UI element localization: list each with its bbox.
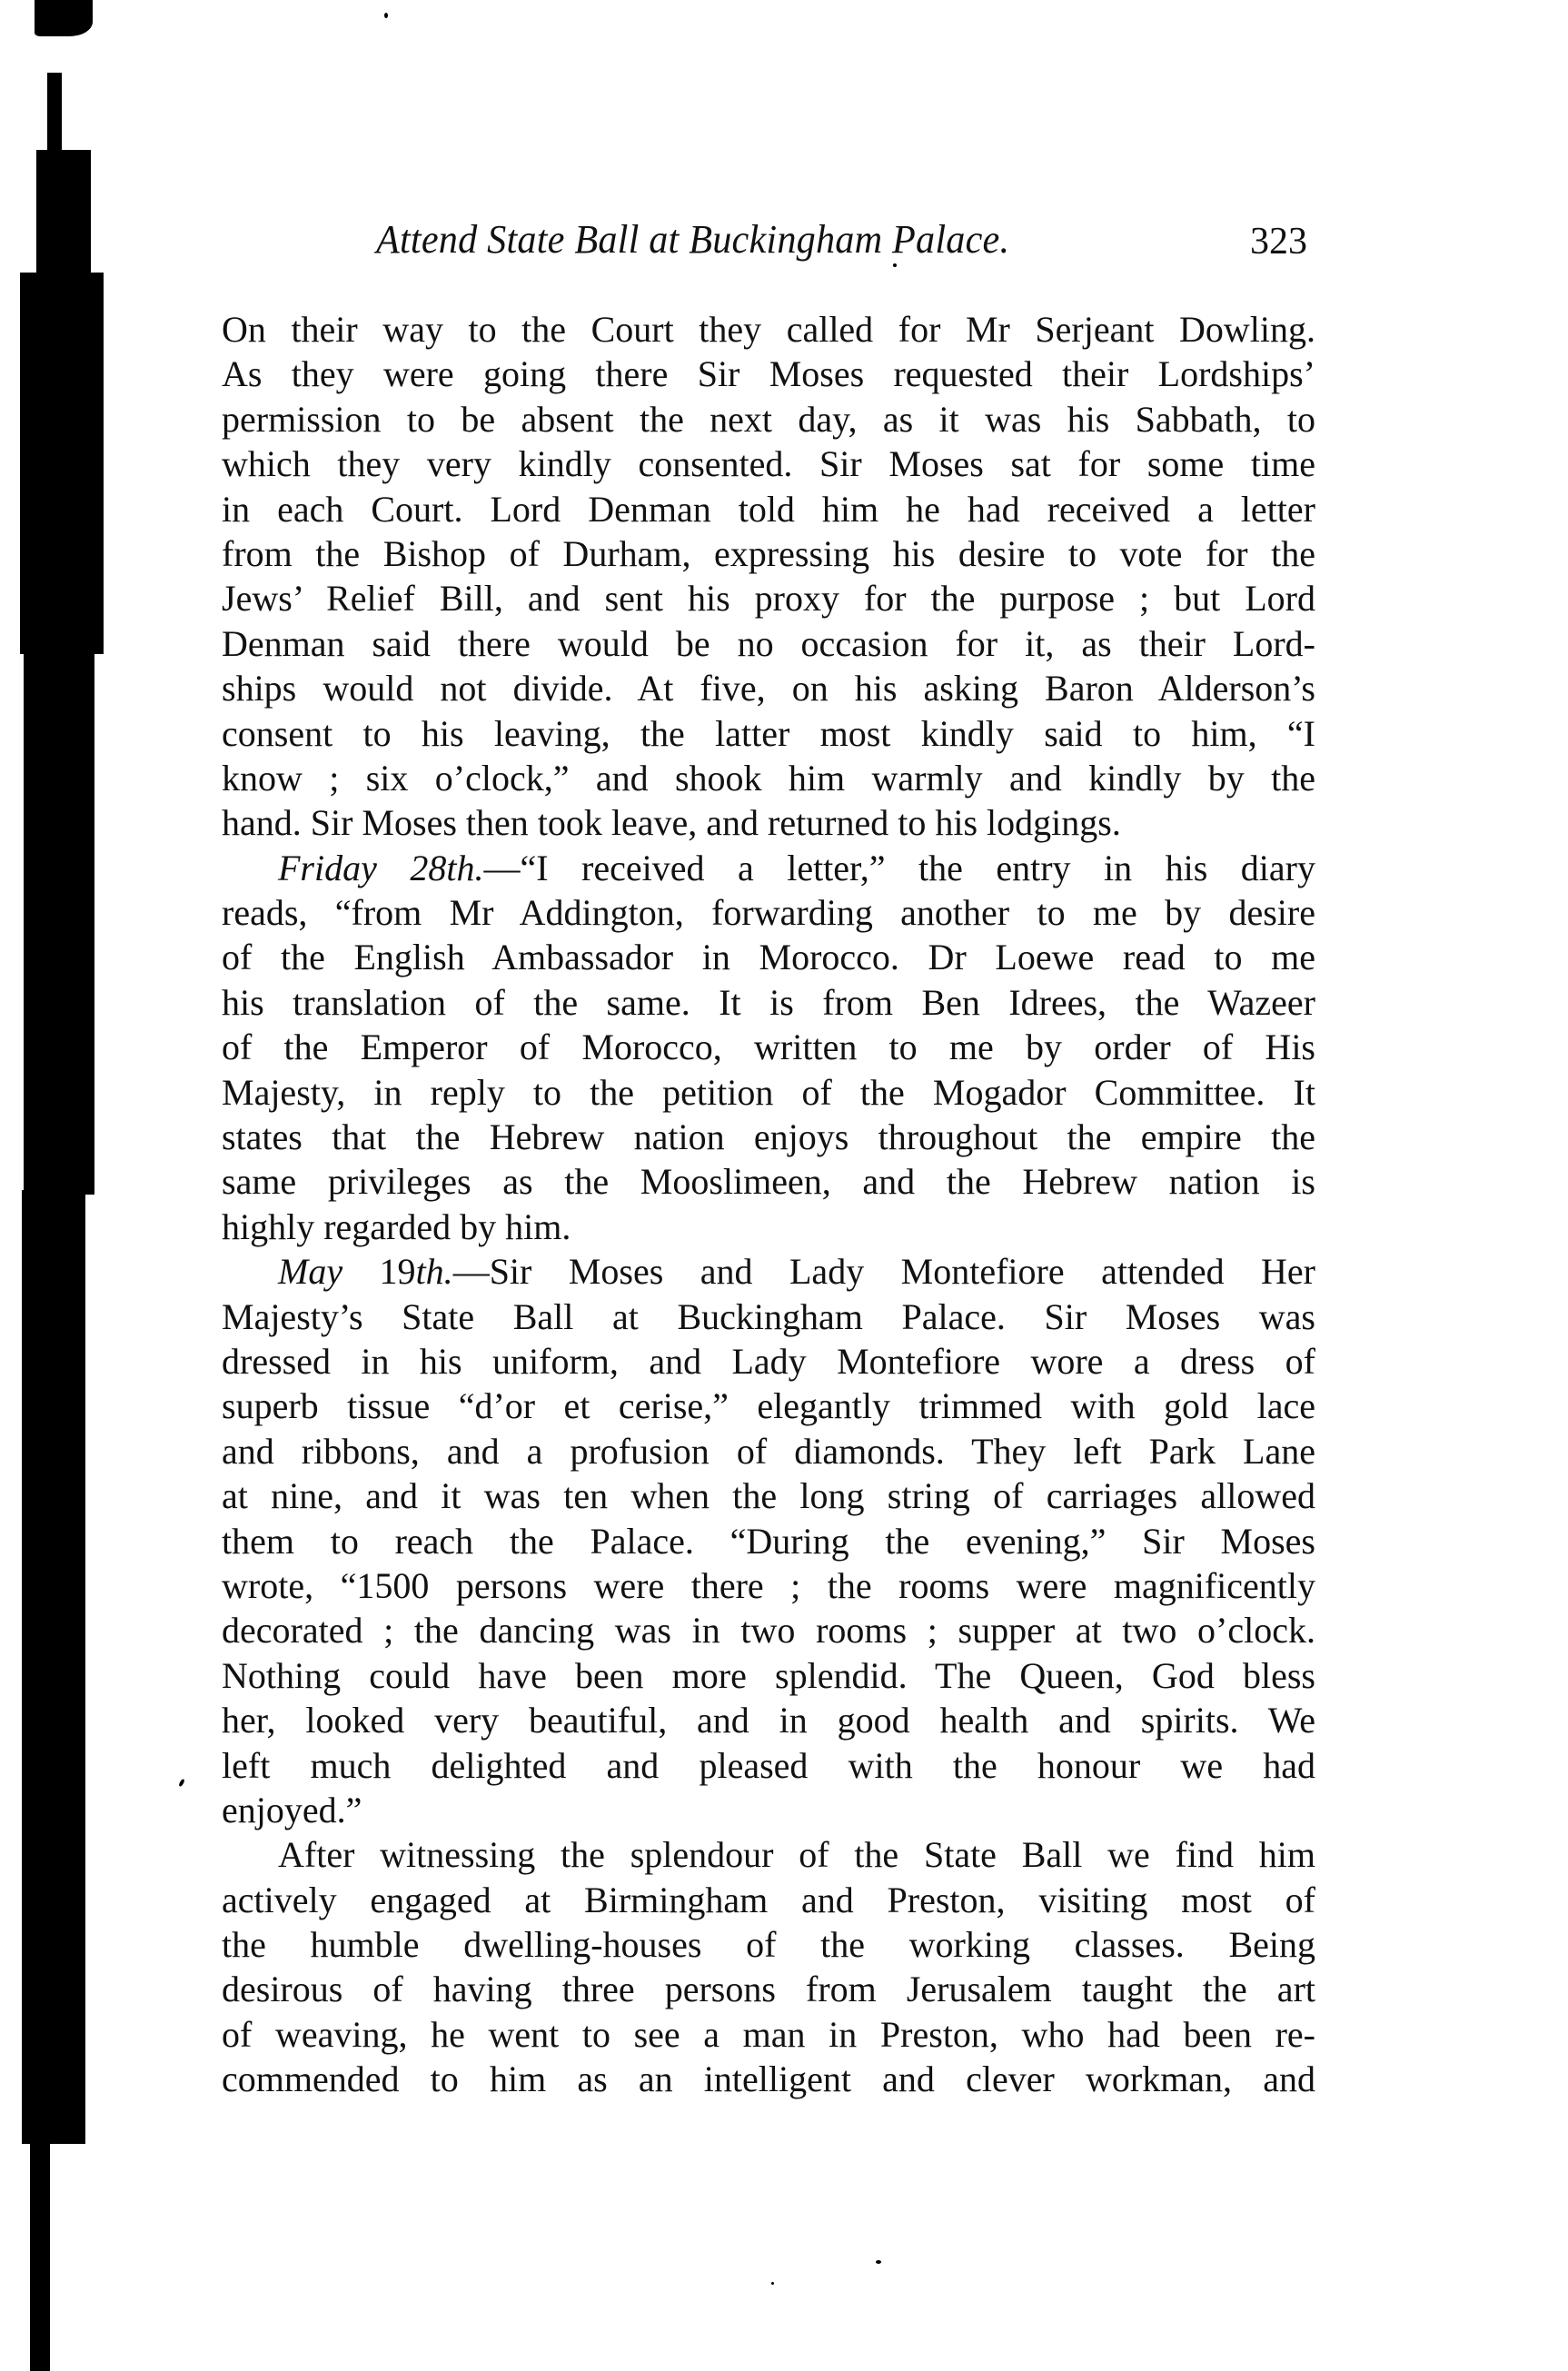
- text-line: highly regarded by him.: [222, 1205, 1315, 1249]
- text-line: Denman said there would be no occasion f…: [222, 621, 1315, 666]
- text-line: As they were going there Sir Moses reque…: [222, 352, 1315, 396]
- line-text: ships would not divide. At five, on his …: [222, 668, 1315, 709]
- line-text: decorated ; the dancing was in two rooms…: [222, 1610, 1315, 1651]
- line-text: states that the Hebrew nation enjoys thr…: [222, 1116, 1315, 1157]
- text-line: her, looked very beautiful, and in good …: [222, 1698, 1315, 1742]
- line-text: actively engaged at Birmingham and Prest…: [222, 1880, 1315, 1920]
- text-line: consent to his leaving, the latter most …: [222, 711, 1315, 756]
- text-line: dressed in his uniform, and Lady Montefi…: [222, 1339, 1315, 1384]
- line-text: of weaving, he went to see a man in Pres…: [222, 2014, 1315, 2055]
- text-line: Nothing could have been more splendid. T…: [222, 1653, 1315, 1698]
- text-line: reads, “from Mr Addington, forwarding an…: [222, 890, 1315, 935]
- scan-edge-bar-tail: [30, 2135, 50, 2371]
- diary-date-suffix: th.: [416, 1251, 453, 1292]
- line-text: consent to his leaving, the latter most …: [222, 713, 1315, 754]
- line-text: them to reach the Palace. “During the ev…: [222, 1521, 1315, 1562]
- line-text: wrote, “1500 persons were there ; the ro…: [222, 1565, 1315, 1606]
- scan-edge-bar-mid: [24, 650, 94, 1195]
- diary-date: Friday 28th.: [278, 848, 483, 888]
- line-text: commended to him as an intelligent and c…: [222, 2059, 1315, 2099]
- scan-speck: [771, 2282, 774, 2285]
- line-text: same privileges as the Mooslimeen, and t…: [222, 1161, 1315, 1202]
- line-text: the humble dwelling-houses of the workin…: [222, 1924, 1315, 1965]
- line-text: know ; six o’clock,” and shook him warml…: [222, 758, 1315, 799]
- text-line: hand. Sir Moses then took leave, and ret…: [222, 800, 1315, 845]
- diary-date-number: 19: [342, 1251, 415, 1292]
- line-text: hand. Sir Moses then took leave, and ret…: [222, 802, 1121, 843]
- text-line: of weaving, he went to see a man in Pres…: [222, 2012, 1315, 2057]
- line-text: left much delighted and pleased with the…: [222, 1745, 1315, 1786]
- text-line: decorated ; the dancing was in two rooms…: [222, 1608, 1315, 1652]
- line-text: Majesty’s State Ball at Buckingham Palac…: [222, 1296, 1315, 1337]
- line-text: reads, “from Mr Addington, forwarding an…: [222, 892, 1315, 933]
- scan-edge-top-blob: [35, 0, 93, 36]
- text-line: Jews’ Relief Bill, and sent his proxy fo…: [222, 576, 1315, 620]
- line-text: permission to be absent the next day, as…: [222, 399, 1315, 440]
- text-line: states that the Hebrew nation enjoys thr…: [222, 1115, 1315, 1159]
- body-text: On their way to the Court they called fo…: [222, 307, 1315, 2102]
- line-text: —“I received a letter,” the entry in his…: [483, 848, 1315, 888]
- text-line: permission to be absent the next day, as…: [222, 397, 1315, 441]
- running-head: Attend State Ball at Buckingham Palace. …: [376, 214, 1312, 269]
- text-line: desirous of having three persons from Je…: [222, 1967, 1315, 2011]
- book-page: Attend State Ball at Buckingham Palace. …: [0, 0, 1568, 2371]
- line-text: After witnessing the splendour of the St…: [278, 1834, 1315, 1875]
- text-line: left much delighted and pleased with the…: [222, 1743, 1315, 1788]
- text-line: from the Bishop of Durham, expressing hi…: [222, 531, 1315, 576]
- text-line: After witnessing the splendour of the St…: [222, 1832, 1315, 1877]
- line-text: superb tissue “d’or et cerise,” elegantl…: [222, 1385, 1315, 1426]
- text-line: Majesty’s State Ball at Buckingham Palac…: [222, 1295, 1315, 1339]
- scan-edge-spine-tip: [47, 73, 62, 154]
- text-line: Majesty, in reply to the petition of the…: [222, 1070, 1315, 1115]
- line-text: of the English Ambassador in Morocco. Dr…: [222, 937, 1315, 977]
- text-line: ships would not divide. At five, on his …: [222, 666, 1315, 710]
- scan-speck: [178, 1779, 185, 1788]
- line-text: —Sir Moses and Lady Montefiore attended …: [453, 1251, 1315, 1292]
- text-line: actively engaged at Birmingham and Prest…: [222, 1878, 1315, 1922]
- diary-date: May: [278, 1251, 342, 1292]
- line-text: Jews’ Relief Bill, and sent his proxy fo…: [222, 578, 1315, 619]
- line-text: her, looked very beautiful, and in good …: [222, 1700, 1315, 1741]
- scan-edge-bar-main: [20, 273, 104, 654]
- line-text: highly regarded by him.: [222, 1206, 571, 1247]
- scan-edge-bar-lower: [22, 1190, 85, 2144]
- text-line: of the English Ambassador in Morocco. Dr…: [222, 935, 1315, 979]
- text-line: Friday 28th.—“I received a letter,” the …: [222, 846, 1315, 890]
- text-line: his translation of the same. It is from …: [222, 980, 1315, 1025]
- text-line: the humble dwelling-houses of the workin…: [222, 1922, 1315, 1967]
- line-text: As they were going there Sir Moses reque…: [222, 353, 1315, 394]
- text-line: superb tissue “d’or et cerise,” elegantl…: [222, 1384, 1315, 1428]
- scan-speck: [876, 2260, 881, 2264]
- line-text: his translation of the same. It is from …: [222, 982, 1315, 1023]
- line-text: Nothing could have been more splendid. T…: [222, 1655, 1315, 1696]
- text-line: know ; six o’clock,” and shook him warml…: [222, 756, 1315, 800]
- text-line: at nine, and it was ten when the long st…: [222, 1473, 1315, 1518]
- text-line: in each Court. Lord Denman told him he h…: [222, 487, 1315, 531]
- text-line: them to reach the Palace. “During the ev…: [222, 1519, 1315, 1563]
- line-text: which they very kindly consented. Sir Mo…: [222, 443, 1315, 484]
- line-text: in each Court. Lord Denman told him he h…: [222, 489, 1315, 530]
- text-line: commended to him as an intelligent and c…: [222, 2057, 1315, 2101]
- line-text: dressed in his uniform, and Lady Montefi…: [222, 1341, 1315, 1382]
- scan-edge-bar-upper: [36, 150, 91, 277]
- text-line: May 19th.—Sir Moses and Lady Montefiore …: [222, 1249, 1315, 1294]
- scan-speck: [384, 13, 388, 18]
- running-head-title: Attend State Ball at Buckingham Palace.: [376, 214, 1009, 265]
- line-text: Majesty, in reply to the petition of the…: [222, 1072, 1315, 1113]
- text-line: same privileges as the Mooslimeen, and t…: [222, 1159, 1315, 1204]
- line-text: of the Emperor of Morocco, written to me…: [222, 1027, 1315, 1067]
- text-line: enjoyed.”: [222, 1788, 1315, 1832]
- line-text: at nine, and it was ten when the long st…: [222, 1475, 1315, 1516]
- text-line: wrote, “1500 persons were there ; the ro…: [222, 1563, 1315, 1608]
- text-line: of the Emperor of Morocco, written to me…: [222, 1025, 1315, 1069]
- text-line: which they very kindly consented. Sir Mo…: [222, 441, 1315, 486]
- line-text: Denman said there would be no occasion f…: [222, 623, 1315, 664]
- page-number: 323: [1250, 216, 1307, 267]
- line-text: from the Bishop of Durham, expressing hi…: [222, 533, 1315, 574]
- text-line: On their way to the Court they called fo…: [222, 307, 1315, 352]
- line-text: enjoyed.”: [222, 1790, 362, 1830]
- line-text: and ribbons, and a profusion of diamonds…: [222, 1431, 1315, 1472]
- text-line: and ribbons, and a profusion of diamonds…: [222, 1429, 1315, 1473]
- line-text: On their way to the Court they called fo…: [222, 309, 1315, 350]
- line-text: desirous of having three persons from Je…: [222, 1969, 1315, 2009]
